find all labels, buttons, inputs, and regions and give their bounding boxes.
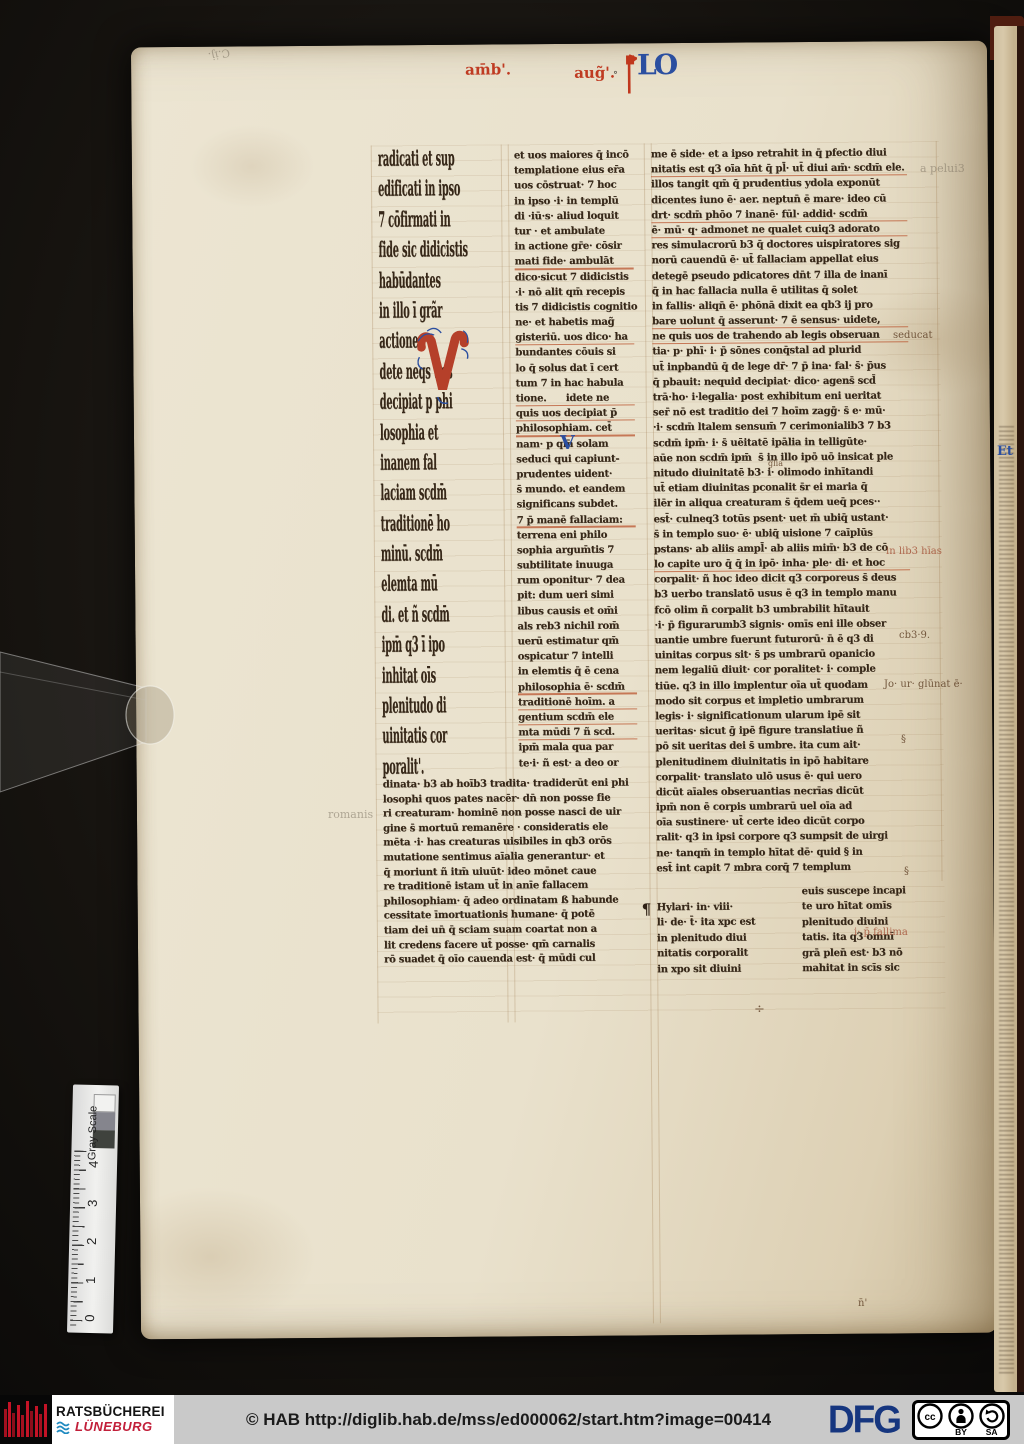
- gray-scale-card: Gray Scale 43210: [67, 1084, 119, 1333]
- marginal-note: Jo· ur· glūnat ē·: [884, 679, 963, 690]
- cc-license-badge: cc BY SA: [912, 1400, 1010, 1440]
- marginal-note: cb3·9.: [899, 630, 930, 641]
- waves-icon: [56, 1421, 72, 1434]
- svg-text:cc: cc: [925, 1412, 937, 1423]
- library-bars-logo: [0, 1395, 52, 1444]
- page-holder-clip: [0, 600, 190, 820]
- marginal-note: n̄': [858, 1298, 867, 1309]
- marginal-note: a pelui3: [920, 162, 965, 175]
- marginal-note: in lib3 hīas: [886, 546, 942, 557]
- text-line: 4: [86, 1157, 125, 1172]
- library-city: LÜNEBURG: [75, 1420, 153, 1434]
- marginal-note: C.ij.: [207, 46, 231, 63]
- marginal-note: ÷: [754, 1002, 765, 1017]
- text-line: 1: [83, 1273, 122, 1288]
- marginal-note: i· p̄ fallima: [854, 927, 908, 938]
- cc-sa-icon: SA: [978, 1402, 1006, 1437]
- footer-bar: RATSBÜCHEREI LÜNEBURG © HAB http://digli…: [0, 1395, 1024, 1444]
- cc-icon: cc: [916, 1402, 944, 1437]
- library-name-box: RATSBÜCHEREI LÜNEBURG: [52, 1395, 174, 1444]
- marginal-note: §: [901, 734, 906, 745]
- library-name: RATSBÜCHEREI: [56, 1404, 170, 1420]
- dfg-logo: DFG: [828, 1397, 900, 1441]
- marginal-note: seducat: [893, 330, 932, 341]
- text-line: 2: [84, 1234, 123, 1249]
- marginal-note: glīa: [768, 459, 783, 468]
- marginal-note: romanis: [328, 808, 373, 821]
- ruler-numbers: 43210: [94, 1145, 113, 1338]
- cc-by-icon: BY: [947, 1402, 975, 1437]
- digitized-manuscript-scan: am̄b'. aug̃'. ° LO radicati et supedific…: [0, 0, 1024, 1444]
- image-credit-url: © HAB http://diglib.hab.de/mss/ed000062/…: [246, 1410, 771, 1430]
- marginal-note: §: [904, 866, 909, 877]
- text-line: 3: [85, 1196, 124, 1211]
- photo-area: am̄b'. aug̃'. ° LO radicati et supedific…: [0, 0, 1024, 1395]
- marginal-note: Et: [997, 444, 1013, 459]
- text-line: 0: [82, 1311, 121, 1326]
